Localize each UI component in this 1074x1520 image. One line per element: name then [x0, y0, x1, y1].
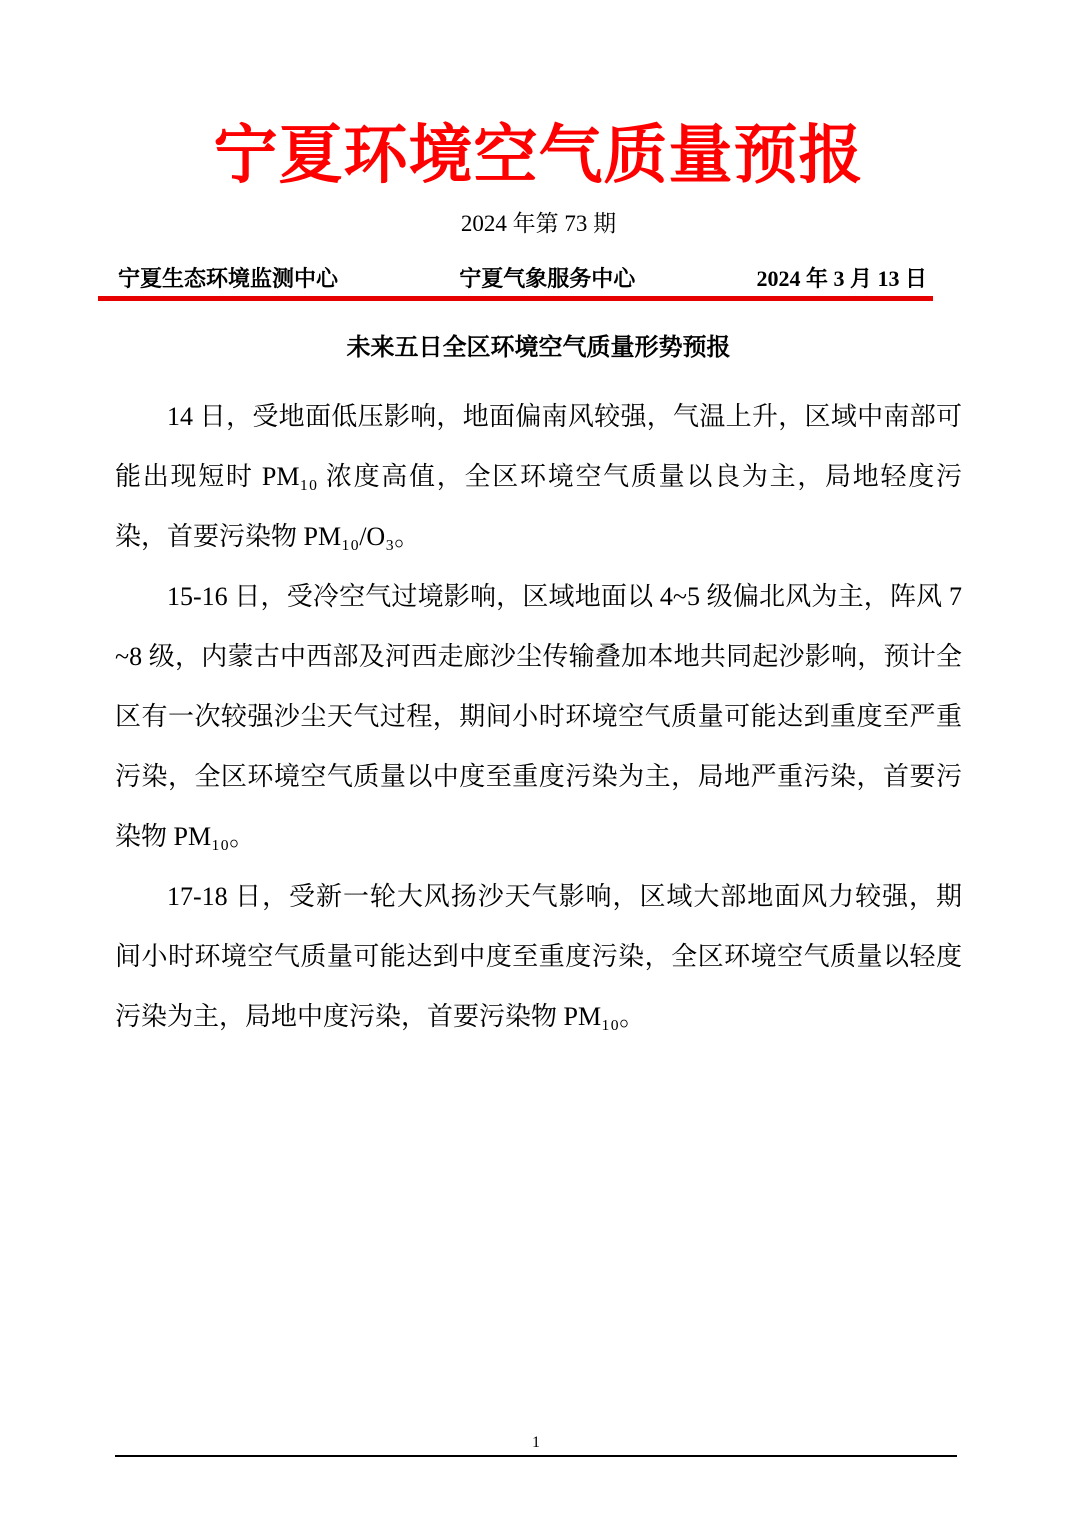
document-page: 宁夏环境空气质量预报 2024 年第 73 期 宁夏生态环境监测中心 宁夏气象服…	[0, 0, 1074, 1520]
page-footer: 1	[115, 1433, 957, 1457]
masthead-rule	[98, 296, 933, 301]
page-title: 宁夏环境空气质量预报	[115, 0, 962, 195]
forecast-body: 14 日，受地面低压影响，地面偏南风较强，气温上升，区域中南部可能出现短时 PM…	[115, 387, 962, 1047]
org-center-label: 宁夏气象服务中心	[459, 265, 635, 294]
masthead: 宁夏生态环境监测中心 宁夏气象服务中心 2024 年 3 月 13 日	[98, 265, 933, 302]
forecast-paragraph-day17-18: 17-18 日，受新一轮大风扬沙天气影响，区域大部地面风力较强，期间小时环境空气…	[115, 867, 962, 1047]
org-left-label: 宁夏生态环境监测中心	[118, 265, 338, 294]
section-heading: 未来五日全区环境空气质量形势预报	[115, 333, 962, 364]
masthead-row: 宁夏生态环境监测中心 宁夏气象服务中心 2024 年 3 月 13 日	[98, 265, 933, 294]
issue-date: 2024 年 3 月 13 日	[756, 265, 927, 294]
page-number: 1	[532, 1433, 540, 1455]
issue-number: 2024 年第 73 期	[115, 209, 962, 239]
forecast-paragraph-day14: 14 日，受地面低压影响，地面偏南风较强，气温上升，区域中南部可能出现短时 PM…	[115, 387, 962, 567]
forecast-paragraph-day15-16: 15-16 日，受冷空气过境影响，区域地面以 4~5 级偏北风为主，阵风 7~8…	[115, 567, 962, 867]
